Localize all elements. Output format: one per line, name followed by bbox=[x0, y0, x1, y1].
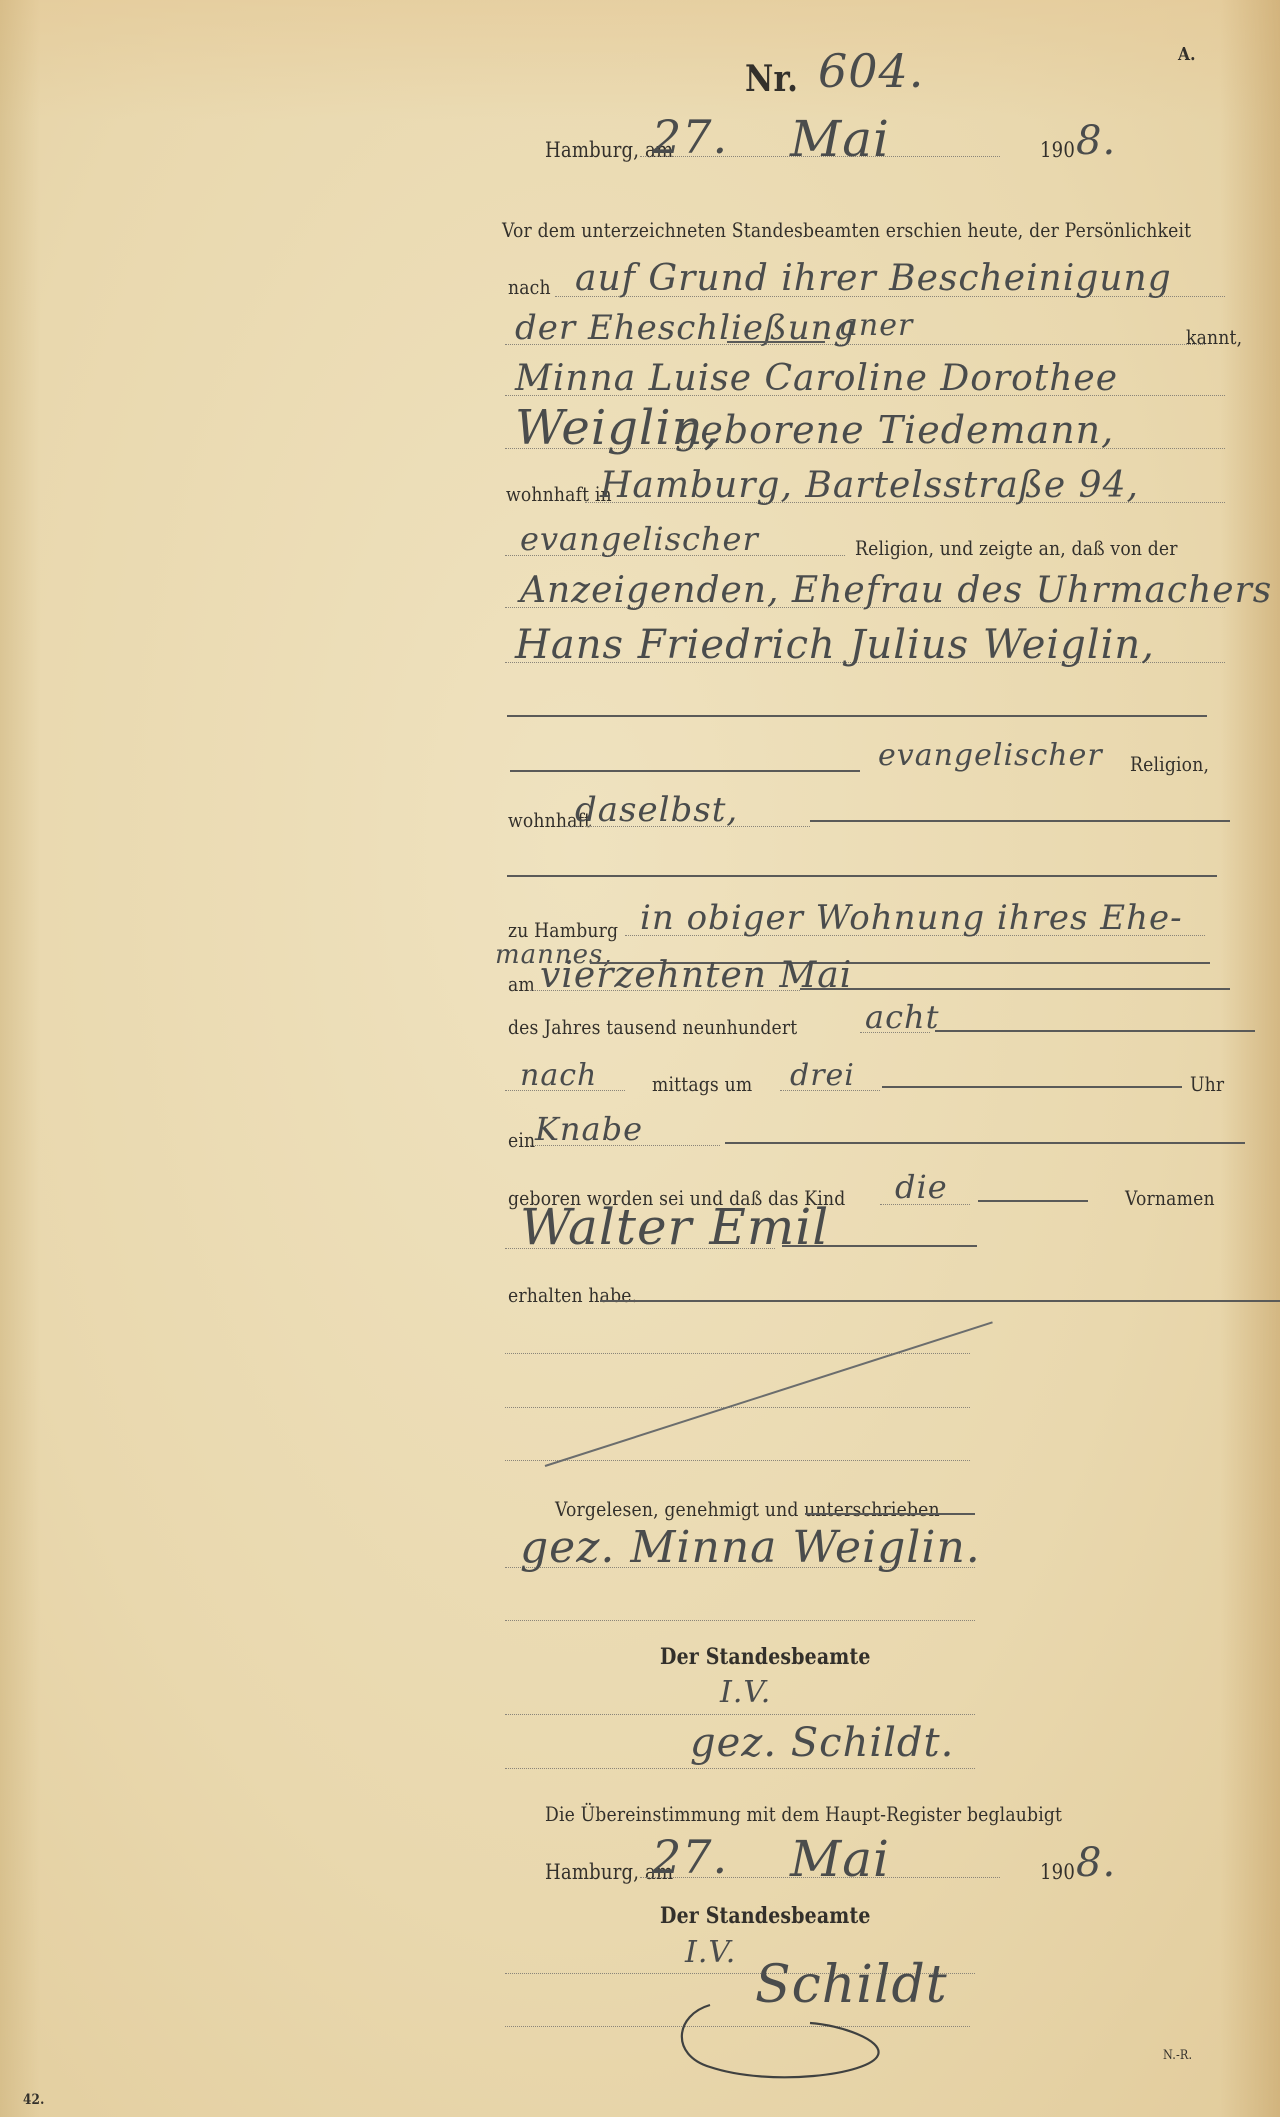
register-number-value: 604. bbox=[818, 44, 924, 98]
official-title-1: Der Standesbeamte bbox=[660, 1644, 871, 1670]
birth-location-1: in obiger Wohnung ihres Ehe- bbox=[640, 898, 1183, 938]
informant-religion: evangelischer bbox=[520, 520, 759, 558]
informant-given-names: Minna Luise Caroline Dorothee bbox=[515, 358, 1118, 399]
register-number-label: Nr. bbox=[745, 58, 798, 100]
zu-hamburg-label: zu Hamburg bbox=[508, 918, 618, 942]
date-year-suffix: 8. bbox=[1076, 118, 1116, 164]
date-year-prefix: 190 bbox=[1040, 138, 1075, 162]
nach-label: nach bbox=[508, 275, 551, 299]
father-religion: evangelischer bbox=[878, 738, 1103, 773]
filler-rule bbox=[725, 1142, 1245, 1144]
certification-text: Die Übereinstimmung mit dem Haupt-Regist… bbox=[545, 1802, 1062, 1826]
year-text: des Jahres tausend neunhundert bbox=[508, 1015, 797, 1039]
guide-line bbox=[505, 1714, 975, 1715]
child-article: die bbox=[895, 1168, 948, 1206]
official-title-2: Der Standesbeamte bbox=[660, 1903, 871, 1929]
birth-hour: drei bbox=[790, 1058, 855, 1093]
vornamen-label: Vornamen bbox=[1125, 1186, 1215, 1210]
cert-day: 27. bbox=[652, 1830, 728, 1884]
mittags-label: mittags um bbox=[652, 1072, 752, 1096]
iv-mark-2: I.V. bbox=[685, 1935, 736, 1970]
read-approved-label: Vorgelesen, genehmigt und unterschrieben bbox=[555, 1497, 940, 1521]
official-signature-1: gez. Schildt. bbox=[690, 1720, 954, 1766]
form-code: N.-R. bbox=[1163, 2048, 1192, 2063]
identity-basis-3: aner bbox=[840, 308, 913, 343]
filler-rule bbox=[800, 988, 1230, 990]
guide-line bbox=[505, 1407, 970, 1408]
filler-rule bbox=[600, 1300, 1280, 1302]
signature-flourish bbox=[670, 1995, 900, 2085]
guide-line bbox=[505, 1353, 970, 1354]
guide-line bbox=[505, 1768, 975, 1769]
informant-relation: Anzeigenden, Ehefrau des Uhrmachers bbox=[520, 570, 1272, 611]
informant-address: Hamburg, Bartelsstraße 94, bbox=[600, 465, 1139, 506]
date-day: 27. bbox=[652, 110, 728, 164]
intro-text: Vor dem unterzeichneten Standesbeamten e… bbox=[502, 218, 1191, 242]
filler-rule bbox=[978, 1200, 1088, 1202]
guide-line bbox=[505, 1620, 975, 1621]
filler-rule bbox=[782, 1245, 977, 1247]
filler-rule bbox=[507, 715, 1207, 717]
date-month: Mai bbox=[790, 110, 890, 168]
birth-year-words: acht bbox=[865, 998, 939, 1036]
page-number: 42. bbox=[23, 2092, 44, 2108]
uhr-label: Uhr bbox=[1190, 1072, 1224, 1096]
kannt-label: kannt, bbox=[1186, 325, 1242, 349]
cert-year-suffix: 8. bbox=[1076, 1840, 1116, 1886]
identity-basis-1: auf Grund ihrer Bescheinigung bbox=[575, 258, 1172, 299]
iv-mark-1: I.V. bbox=[720, 1675, 771, 1710]
filler-rule bbox=[810, 820, 1230, 822]
form-letter: A. bbox=[1178, 44, 1196, 65]
ein-label: ein bbox=[508, 1128, 535, 1152]
child-sex: Knabe bbox=[535, 1110, 643, 1148]
father-residence: daselbst, bbox=[575, 790, 738, 830]
religion-label: Religion, bbox=[1130, 752, 1209, 776]
birth-ampm: nach bbox=[520, 1058, 597, 1093]
filler-rule bbox=[935, 1030, 1255, 1032]
filler-rule bbox=[727, 341, 825, 343]
filler-rule bbox=[510, 770, 860, 772]
filler-rule bbox=[805, 1513, 975, 1515]
religion-text: Religion, und zeigte an, daß von der bbox=[855, 536, 1178, 560]
child-given-names: Walter Emil bbox=[520, 1198, 829, 1256]
erhalten-label: erhalten habe. bbox=[508, 1283, 637, 1307]
informant-signature: gez. Minna Weiglin. bbox=[520, 1522, 981, 1573]
am-label: am bbox=[508, 972, 535, 996]
filler-rule bbox=[507, 875, 1217, 877]
guide-line bbox=[505, 1460, 970, 1461]
father-name: Hans Friedrich Julius Weiglin, bbox=[515, 622, 1155, 668]
filler-rule bbox=[882, 1086, 1182, 1088]
cert-month: Mai bbox=[790, 1830, 890, 1888]
informant-maiden-name: geborene Tiedemann, bbox=[675, 408, 1114, 452]
cert-year-prefix: 190 bbox=[1040, 1860, 1075, 1884]
void-strike-line bbox=[545, 1321, 993, 1467]
